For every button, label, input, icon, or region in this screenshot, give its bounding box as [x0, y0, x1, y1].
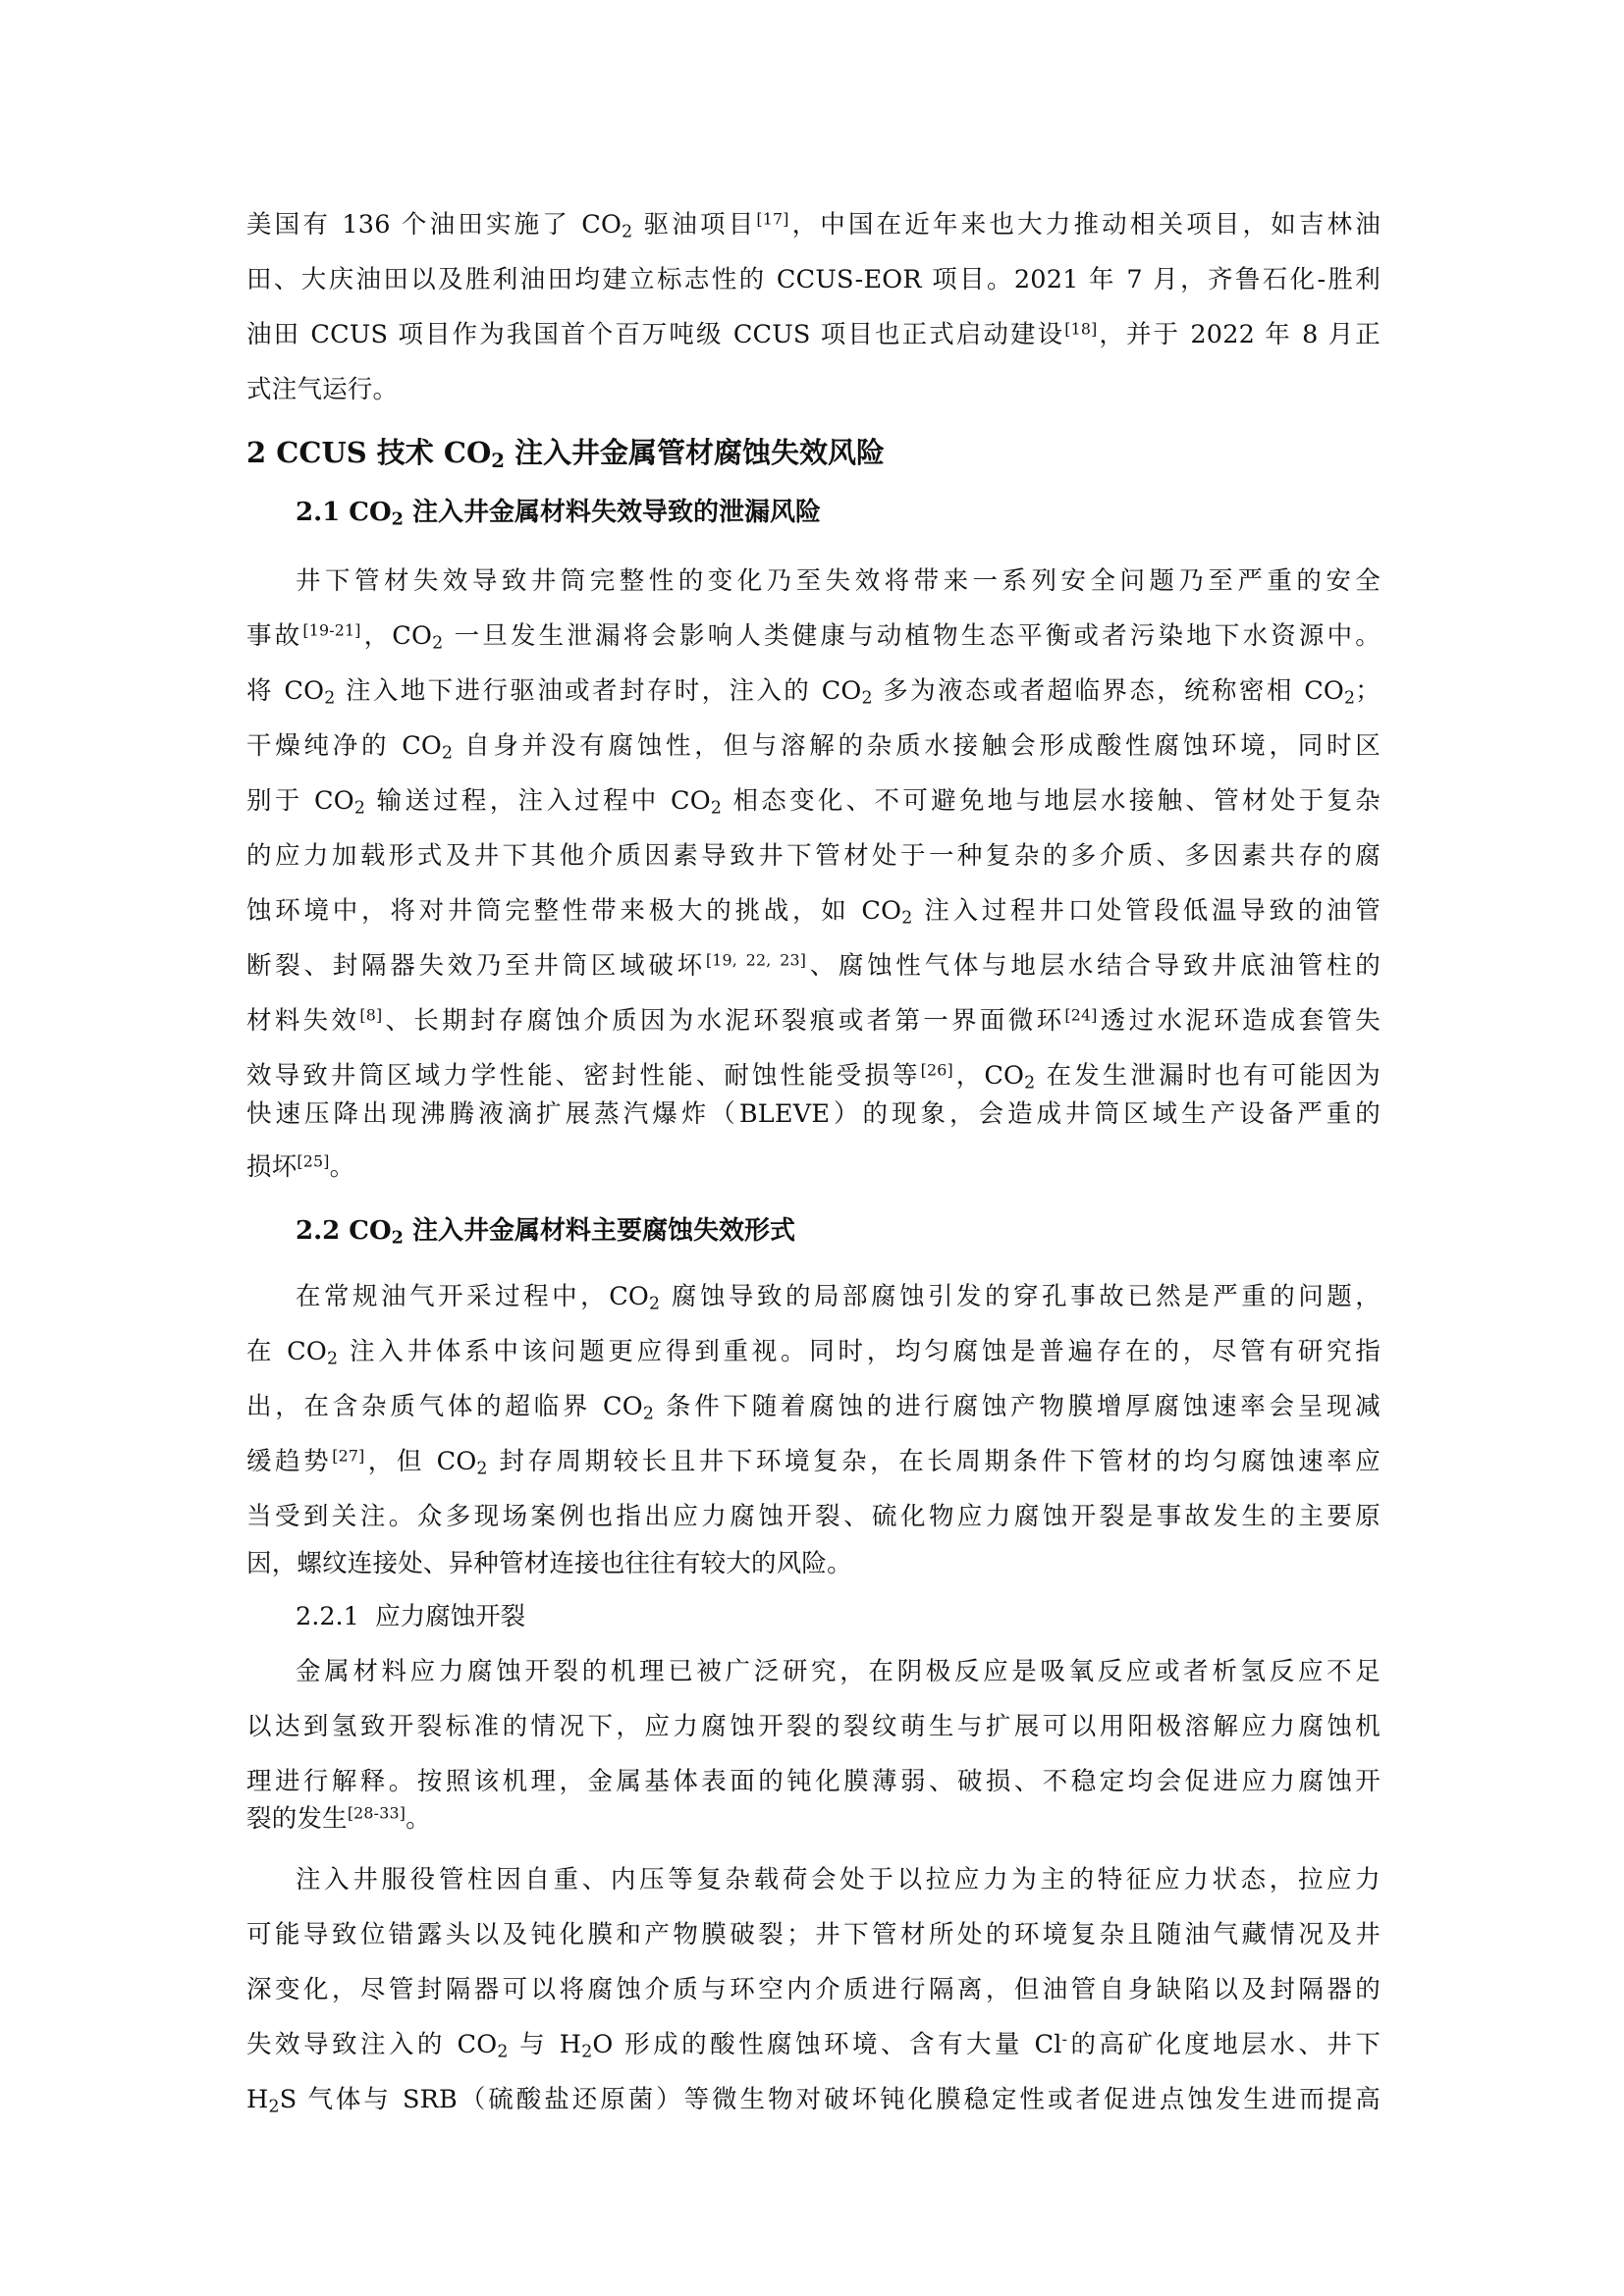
s221-p1-line-1: 金属材料应力腐蚀开裂的机理已被广泛研究，在阴极反应是吸氧反应或者析氢反应不足 [296, 1655, 1380, 1688]
s21-line-2: 事故[19-21]，CO2 一旦发生泄漏将会影响人类健康与动植物生态平衡或者污染… [246, 619, 1380, 653]
s21-line-9: 材料失效[8]、长期封存腐蚀介质因为水泥环裂痕或者第一界面微环[24]透过水泥环… [246, 1004, 1380, 1038]
document-page: 美国有 136 个油田实施了 CO2 驱油项目[17]，中国在近年来也大力推动相… [0, 0, 1624, 2296]
s221-p1-line-2: 以达到氢致开裂标准的情况下，应力腐蚀开裂的裂纹萌生与扩展可以用阳极溶解应力腐蚀机 [246, 1710, 1380, 1743]
s21-line-10: 效导致井筒区域力学性能、密封性能、耐蚀性能受损等[26]，CO2 在发生泄漏时也… [246, 1059, 1380, 1093]
s22-line-5: 当受到关注。众多现场案例也指出应力腐蚀开裂、硫化物应力腐蚀开裂是事故发生的主要原 [246, 1500, 1380, 1533]
s221-p2-line-3: 深变化，尽管封隔器可以将腐蚀介质与环空内介质进行隔离，但油管自身缺陷以及封隔器的 [246, 1973, 1380, 2006]
s221-p2-line-4: 失效导致注入的 CO2 与 H2O 形成的酸性腐蚀环境、含有大量 Cl-的高矿化… [246, 2028, 1380, 2061]
s21-line-5: 别于 CO2 输送过程，注入过程中 CO2 相态变化、不可避免地与地层水接触、管… [246, 784, 1380, 818]
s21-line-11: 快速压降出现沸腾液滴扩展蒸汽爆炸（BLEVE）的现象，会造成井筒区域生产设备严重… [246, 1097, 1380, 1131]
s22-line-3: 出，在含杂质气体的超临界 CO2 条件下随着腐蚀的进行腐蚀产物膜增厚腐蚀速率会呈… [246, 1390, 1380, 1423]
section-2-heading: 2 CCUS 技术 CO2 注入井金属管材腐蚀失效风险 [246, 435, 885, 470]
citation: [17] [756, 209, 788, 228]
section-2-2-1-heading: 2.2.1 应力腐蚀开裂 [296, 1600, 525, 1633]
s22-line-2: 在 CO2 注入井体系中该问题更应得到重视。同时，均匀腐蚀是普遍存在的，尽管有研… [246, 1335, 1380, 1368]
s22-line-6: 因，螺纹连接处、异种管材连接也往往有较大的风险。 [246, 1547, 1380, 1580]
section-2-2-heading: 2.2 CO2 注入井金属材料主要腐蚀失效形式 [296, 1214, 795, 1248]
s21-line-12: 损坏[25]。 [246, 1150, 1380, 1184]
s221-p1-line-3: 理进行解释。按照该机理，金属基体表面的钝化膜薄弱、破损、不稳定均会促进应力腐蚀开 [246, 1765, 1380, 1798]
intro-line-1: 美国有 136 个油田实施了 CO2 驱油项目[17]，中国在近年来也大力推动相… [246, 208, 1380, 241]
s221-p2-line-2: 可能导致位错露头以及钝化膜和产物膜破裂；井下管材所处的环境复杂且随油气藏情况及井 [246, 1918, 1380, 1951]
intro-line-2: 田、大庆油田以及胜利油田均建立标志性的 CCUS-EOR 项目。2021 年 7… [246, 263, 1380, 296]
intro-line-4: 式注气运行。 [246, 373, 1380, 406]
s21-line-8: 断裂、封隔器失效乃至井筒区域破坏[19, 22, 23]、腐蚀性气体与地层水结合… [246, 949, 1380, 983]
s21-line-4: 干燥纯净的 CO2 自身并没有腐蚀性，但与溶解的杂质水接触会形成酸性腐蚀环境，同… [246, 729, 1380, 763]
s21-line-6: 的应力加载形式及井下其他介质因素导致井下管材处于一种复杂的多介质、多因素共存的腐 [246, 839, 1380, 873]
s221-p2-line-1: 注入井服役管柱因自重、内压等复杂载荷会处于以拉应力为主的特征应力状态，拉应力 [296, 1863, 1380, 1896]
s22-line-1: 在常规油气开采过程中，CO2 腐蚀导致的局部腐蚀引发的穿孔事故已然是严重的问题， [296, 1280, 1380, 1313]
s21-line-7: 蚀环境中，将对井筒完整性带来极大的挑战，如 CO2 注入过程井口处管段低温导致的… [246, 894, 1380, 928]
intro-line-3: 油田 CCUS 项目作为我国首个百万吨级 CCUS 项目也正式启动建设[18]，… [246, 318, 1380, 351]
section-2-1-heading: 2.1 CO2 注入井金属材料失效导致的泄漏风险 [296, 496, 821, 529]
s221-p2-line-5: H2S 气体与 SRB（硫酸盐还原菌）等微生物对破坏钝化膜稳定性或者促进点蚀发生… [246, 2083, 1380, 2116]
s221-p1-line-4: 裂的发生[28-33]。 [246, 1802, 1380, 1836]
s21-line-3: 将 CO2 注入地下进行驱油或者封存时，注入的 CO2 多为液态或者超临界态，统… [246, 674, 1380, 708]
citation: [18] [1064, 319, 1097, 338]
s21-line-1: 井下管材失效导致井筒完整性的变化乃至失效将带来一系列安全问题乃至严重的安全 [296, 564, 1380, 598]
s22-line-4: 缓趋势[27]，但 CO2 封存周期较长且井下环境复杂，在长周期条件下管材的均匀… [246, 1445, 1380, 1478]
